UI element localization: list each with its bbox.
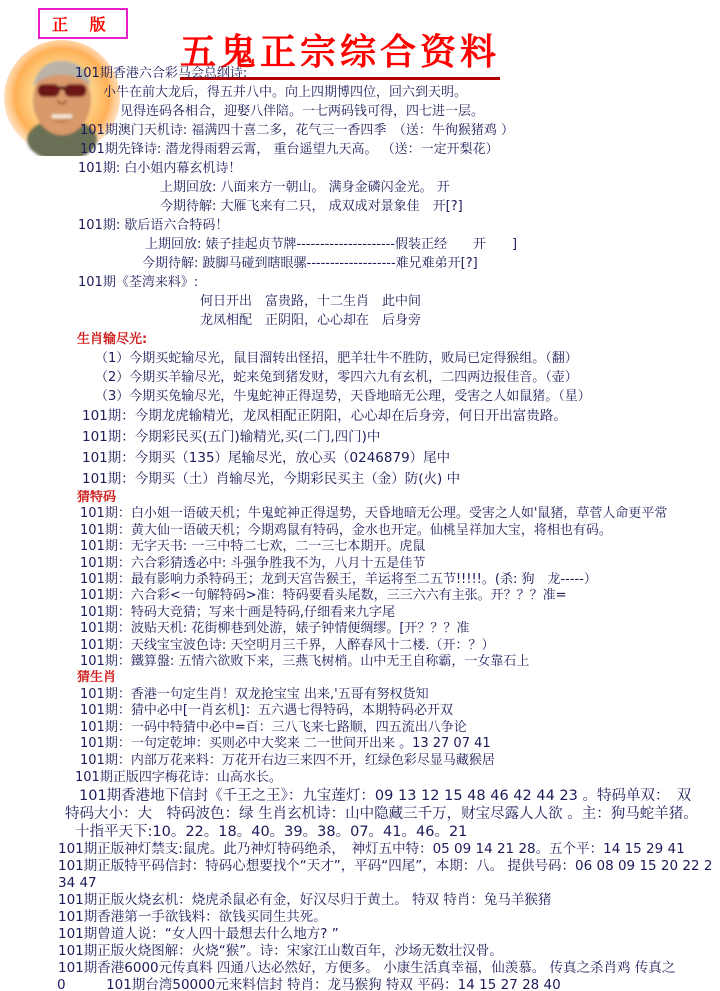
text-line: 101期：六合彩<一句解特码>准：特码要看头尾数，三三六六有主张。开？？？准= (0, 588, 720, 604)
text-line: 101期：今期买（土）肖输尽光，今期彩民买主（金）防(火) 中 (0, 469, 720, 490)
text-line: 上期回放: 婊子挂起贞节牌---------------------假装正经 开… (0, 235, 720, 254)
lottery-tipsheet-page: 正 版 五鬼正宗综合资料 101期香港六合彩马会总纲诗:小牛在前大 (0, 0, 720, 991)
text-line: 101期：今期彩民买(五门)输精光,买(二门,四门)中 (0, 427, 720, 448)
text-line: 何日开出 富贵路，十二生肖 此中间 (0, 292, 720, 311)
text-line: 101期正版神灯禁支:鼠虎。此乃神灯特码绝杀， 神灯五中特：05 09 14 2… (0, 841, 720, 858)
content-lines: 101期香港六合彩马会总纲诗:小牛在前大龙后，得五并八中。向上四期博四位，回六到… (0, 64, 720, 991)
text-line: 101期：香港一句定生肖！双龙抢宝宝 出来,'五哥有努权货知 (0, 687, 720, 703)
text-line: 龙凤相配 正阴阳，心心却在 后身旁 (0, 311, 720, 330)
text-line: 十指平天下:10。22。18。40。39。38。07。41。46。21 (0, 823, 720, 841)
text-line: 今期待解: 跛脚马碰到瞎眼骡-------------------难兄难弟开[?… (0, 254, 720, 273)
text-line: 101期香港6000元传真料 四通八达必然好，方便多。 小康生活真幸福，仙羡慕。… (0, 960, 720, 977)
text-line: 101期：一句定乾坤：买则必中大奖来 二一世间开出来 。13 27 07 41 (0, 736, 720, 752)
section-heading: 猜特码 (0, 490, 720, 506)
text-line: （1）今期买蛇输尽光，鼠目溜转出怪招，肥羊壮牛不胜防，败局已定得猴组。（翻） (0, 349, 720, 368)
text-line: 101期正版四字梅花诗：山高水长。 (0, 769, 720, 787)
text-line: 101期：鐵算盤: 五情六欲败下来，三燕飞树梢。山中无王自称霸，一女靠石上 (0, 654, 720, 670)
genuine-badge: 正 版 (38, 8, 128, 39)
text-line: 101期：今期龙虎输精光，龙凤相配正阴阳，心心却在后身旁，何日开出富贵路。 (0, 406, 720, 427)
text-line: 101期正版火烧玄机：烧虎杀鼠必有金，好汉尽归于黄土。 特双 特肖：兔马羊猴猪 (0, 892, 720, 909)
text-line: 0 101期台湾50000元来料信封 特肖：龙马猴狗 特双 平码：14 15 2… (0, 977, 720, 991)
text-line: 101期：猜中必中[一肖玄机]：五六遇七得特码，本期特码必开双 (0, 703, 720, 719)
text-line: （2）今期买羊输尽光，蛇来兔到猪发财，零四六九有玄机，二四两边报佳音。（壶） (0, 368, 720, 387)
section-heading: 生肖输尽光: (0, 330, 720, 349)
text-line: 101期曾道人说：“女人四十最想去什么地方? ” (0, 926, 720, 943)
text-line: 101期澳门天机诗: 福满四十喜二多，花气三一香四季 （送：牛徇猴猪鸡 ） (0, 121, 720, 140)
text-line: 101期：波贴天机: 花街柳巷到处游，婊子钟情便绸缪。[开？？？准 (0, 621, 720, 637)
text-line: 101期：内部万花来料：万花开右边三来四不开，红绿色彩尽显马藏猴居 (0, 753, 720, 769)
text-line: 特码大小：大 特码波色：绿 生肖玄机诗：山中隐藏三千万，财宝尽露人人欲 。主：狗… (0, 805, 720, 823)
text-line: 101期香港六合彩马会总纲诗: (0, 64, 720, 83)
text-line: 101期: 白小姐内幕玄机诗！ (0, 159, 720, 178)
text-line: 101期：黄大仙一语破天机；今期鸡鼠有特码，金水也开定。仙桃呈祥加大宝，将相也有… (0, 523, 720, 539)
text-line: 101期《荃湾来料》: (0, 273, 720, 292)
text-line: 101期：特码大竞猜；写来十画是特码,仔细看来九字尾 (0, 605, 720, 621)
text-line: 101期：最有影响力杀特码王；龙到天宫告猴王，羊运将至二五节!!!!!。(杀: … (0, 572, 720, 588)
text-line: 34 47 (0, 875, 720, 892)
text-line: （3）今期买兔输尽光，牛鬼蛇神正得逞势，天昏地暗无公理，受害之人如鼠猪。（星） (0, 387, 720, 406)
text-line: 见得连码各相合，迎娶八伴陪。一七两码钱可得，四七进一层。 (0, 102, 720, 121)
text-line: 101期：白小姐一语破天机；牛鬼蛇神正得逞势，天昏地暗无公理。受害之人如'鼠猪，… (0, 506, 720, 522)
text-line: 101期：天线宝宝波色诗: 天空明月三千界，人醉春风十二楼.（开：？） (0, 638, 720, 654)
text-line: 101期正版火烧图解：火烧“猴”。诗：宋家江山数百年，沙场无数壮汉骨。 (0, 943, 720, 960)
text-line: 101期：今期买（135）尾输尽光，放心买（0246879）尾中 (0, 448, 720, 469)
text-line: 上期回放: 八面来方一朝山。 满身金磷闪金光。 开 (0, 178, 720, 197)
text-line: 101期正版特平码信封：特码心想要找个“天才”，平码“四尾”，本期：八。 提供号… (0, 858, 720, 875)
text-line: 101期香港地下信封《千王之王》：九宝莲灯：09 13 12 15 48 46 … (0, 787, 720, 805)
text-line: 101期先锋诗: 潜龙得雨碧云霄， 重台遥望九天高。 （送：一定开梨花） (0, 140, 720, 159)
text-line: 101期：六合彩猜透必中: 斗强争胜我不为，八月十五是佳节 (0, 556, 720, 572)
section-heading: 猜生肖 (0, 670, 720, 686)
text-line: 小牛在前大龙后，得五并八中。向上四期博四位，回六到天明。 (0, 83, 720, 102)
text-line: 101期: 歇后语六合特码！ (0, 216, 720, 235)
text-line: 今期待解: 大雁飞来有二只， 成双成对景象佳 开[?] (0, 197, 720, 216)
text-line: 101期：一码中特猜中必中=百：三八飞来七路顺，四五流出八争论 (0, 720, 720, 736)
text-line: 101期香港第一手欲钱料：欲钱买同生共死。 (0, 909, 720, 926)
text-line: 101期：无字天书: 一三中特二七欢，二一三七本期开。虎鼠 (0, 539, 720, 555)
